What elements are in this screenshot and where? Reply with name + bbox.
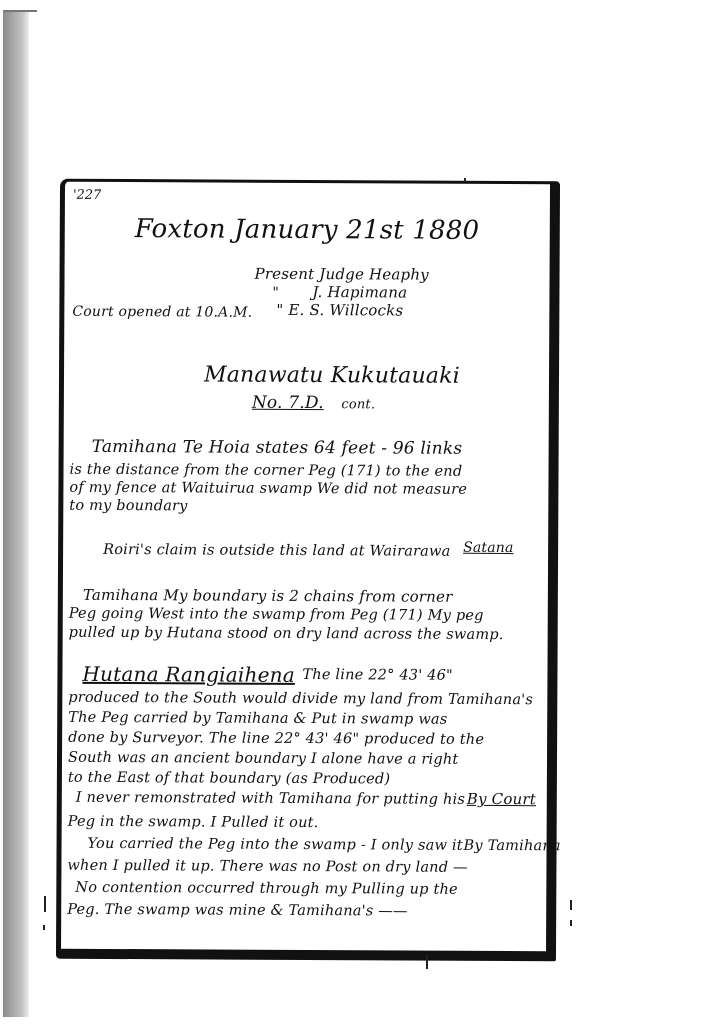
testimony-line: to my boundary <box>69 498 187 515</box>
testimony-line: I never remonstrated with Tamihana for p… <box>76 790 465 808</box>
testimony-line: South was an ancient boundary I alone ha… <box>68 750 459 768</box>
manuscript-page: '227 Foxton January 21st 1880 Present Ju… <box>56 179 560 962</box>
testimony-line: Peg in the swamp. I Pulled it out. <box>68 814 319 831</box>
scan-mark <box>570 920 572 926</box>
testimony-line: The Peg carried by Tamihana & Put in swa… <box>68 710 447 728</box>
scan-mark <box>44 896 46 912</box>
scan-mark <box>570 900 572 910</box>
margin-note-by-tamihana: By Tamihana <box>464 838 561 855</box>
scan-mark <box>426 955 428 969</box>
present-judge: Present Judge Heaphy <box>255 265 429 284</box>
case-continued: cont. <box>341 397 375 412</box>
page-title: Foxton January 21st 1880 <box>135 214 480 246</box>
present-assessor: J. Hapimana <box>312 283 407 301</box>
testimony-line: The line 22° 43' 46" <box>302 667 453 684</box>
testimony-line: Peg. The swamp was mine & Tamihana's —— <box>67 902 408 920</box>
margin-note-by-court: By Court <box>467 790 536 808</box>
case-number: No. 7.D. cont. <box>252 393 375 414</box>
testimony-line: Peg going West into the swamp from Peg (… <box>69 606 484 624</box>
testimony-line: when I pulled it up. There was no Post o… <box>67 858 467 876</box>
case-number-value: No. 7.D. <box>252 393 324 413</box>
court-opened-note: Court opened at 10.A.M. <box>72 304 252 321</box>
testimony-line: No contention occurred through my Pullin… <box>75 880 458 898</box>
testimony-line: pulled up by Hutana stood on dry land ac… <box>69 625 504 643</box>
testimony-line: is the distance from the corner Peg (171… <box>69 462 462 480</box>
scan-mark <box>464 178 466 182</box>
scan-mark <box>43 925 45 930</box>
testimony-line: Tamihana Te Hoia states 64 feet - 96 lin… <box>92 437 463 459</box>
speaker-name: Hutana Rangiaihena <box>82 662 295 687</box>
testimony-line: to the East of that boundary (as Produce… <box>68 770 390 788</box>
testimony-line: produced to the South would divide my la… <box>68 690 533 708</box>
folio-number: '227 <box>73 188 101 203</box>
book-binding-edge <box>3 12 29 1017</box>
case-name: Manawatu Kukutauaki <box>204 362 460 388</box>
ditto-mark: " <box>272 285 279 301</box>
testimony-line: You carried the Peg into the swamp - I o… <box>88 836 463 854</box>
testimony-line: of my fence at Waituirua swamp We did no… <box>69 480 467 498</box>
margin-note-speaker: Satana <box>463 540 514 556</box>
testimony-line: Tamihana My boundary is 2 chains from co… <box>83 586 453 606</box>
testimony-line: done by Surveyor. The line 22° 43' 46" p… <box>68 730 484 748</box>
testimony-line: Roiri's claim is outside this land at Wa… <box>103 542 450 560</box>
present-clerk: " E. S. Willcocks <box>276 301 403 320</box>
